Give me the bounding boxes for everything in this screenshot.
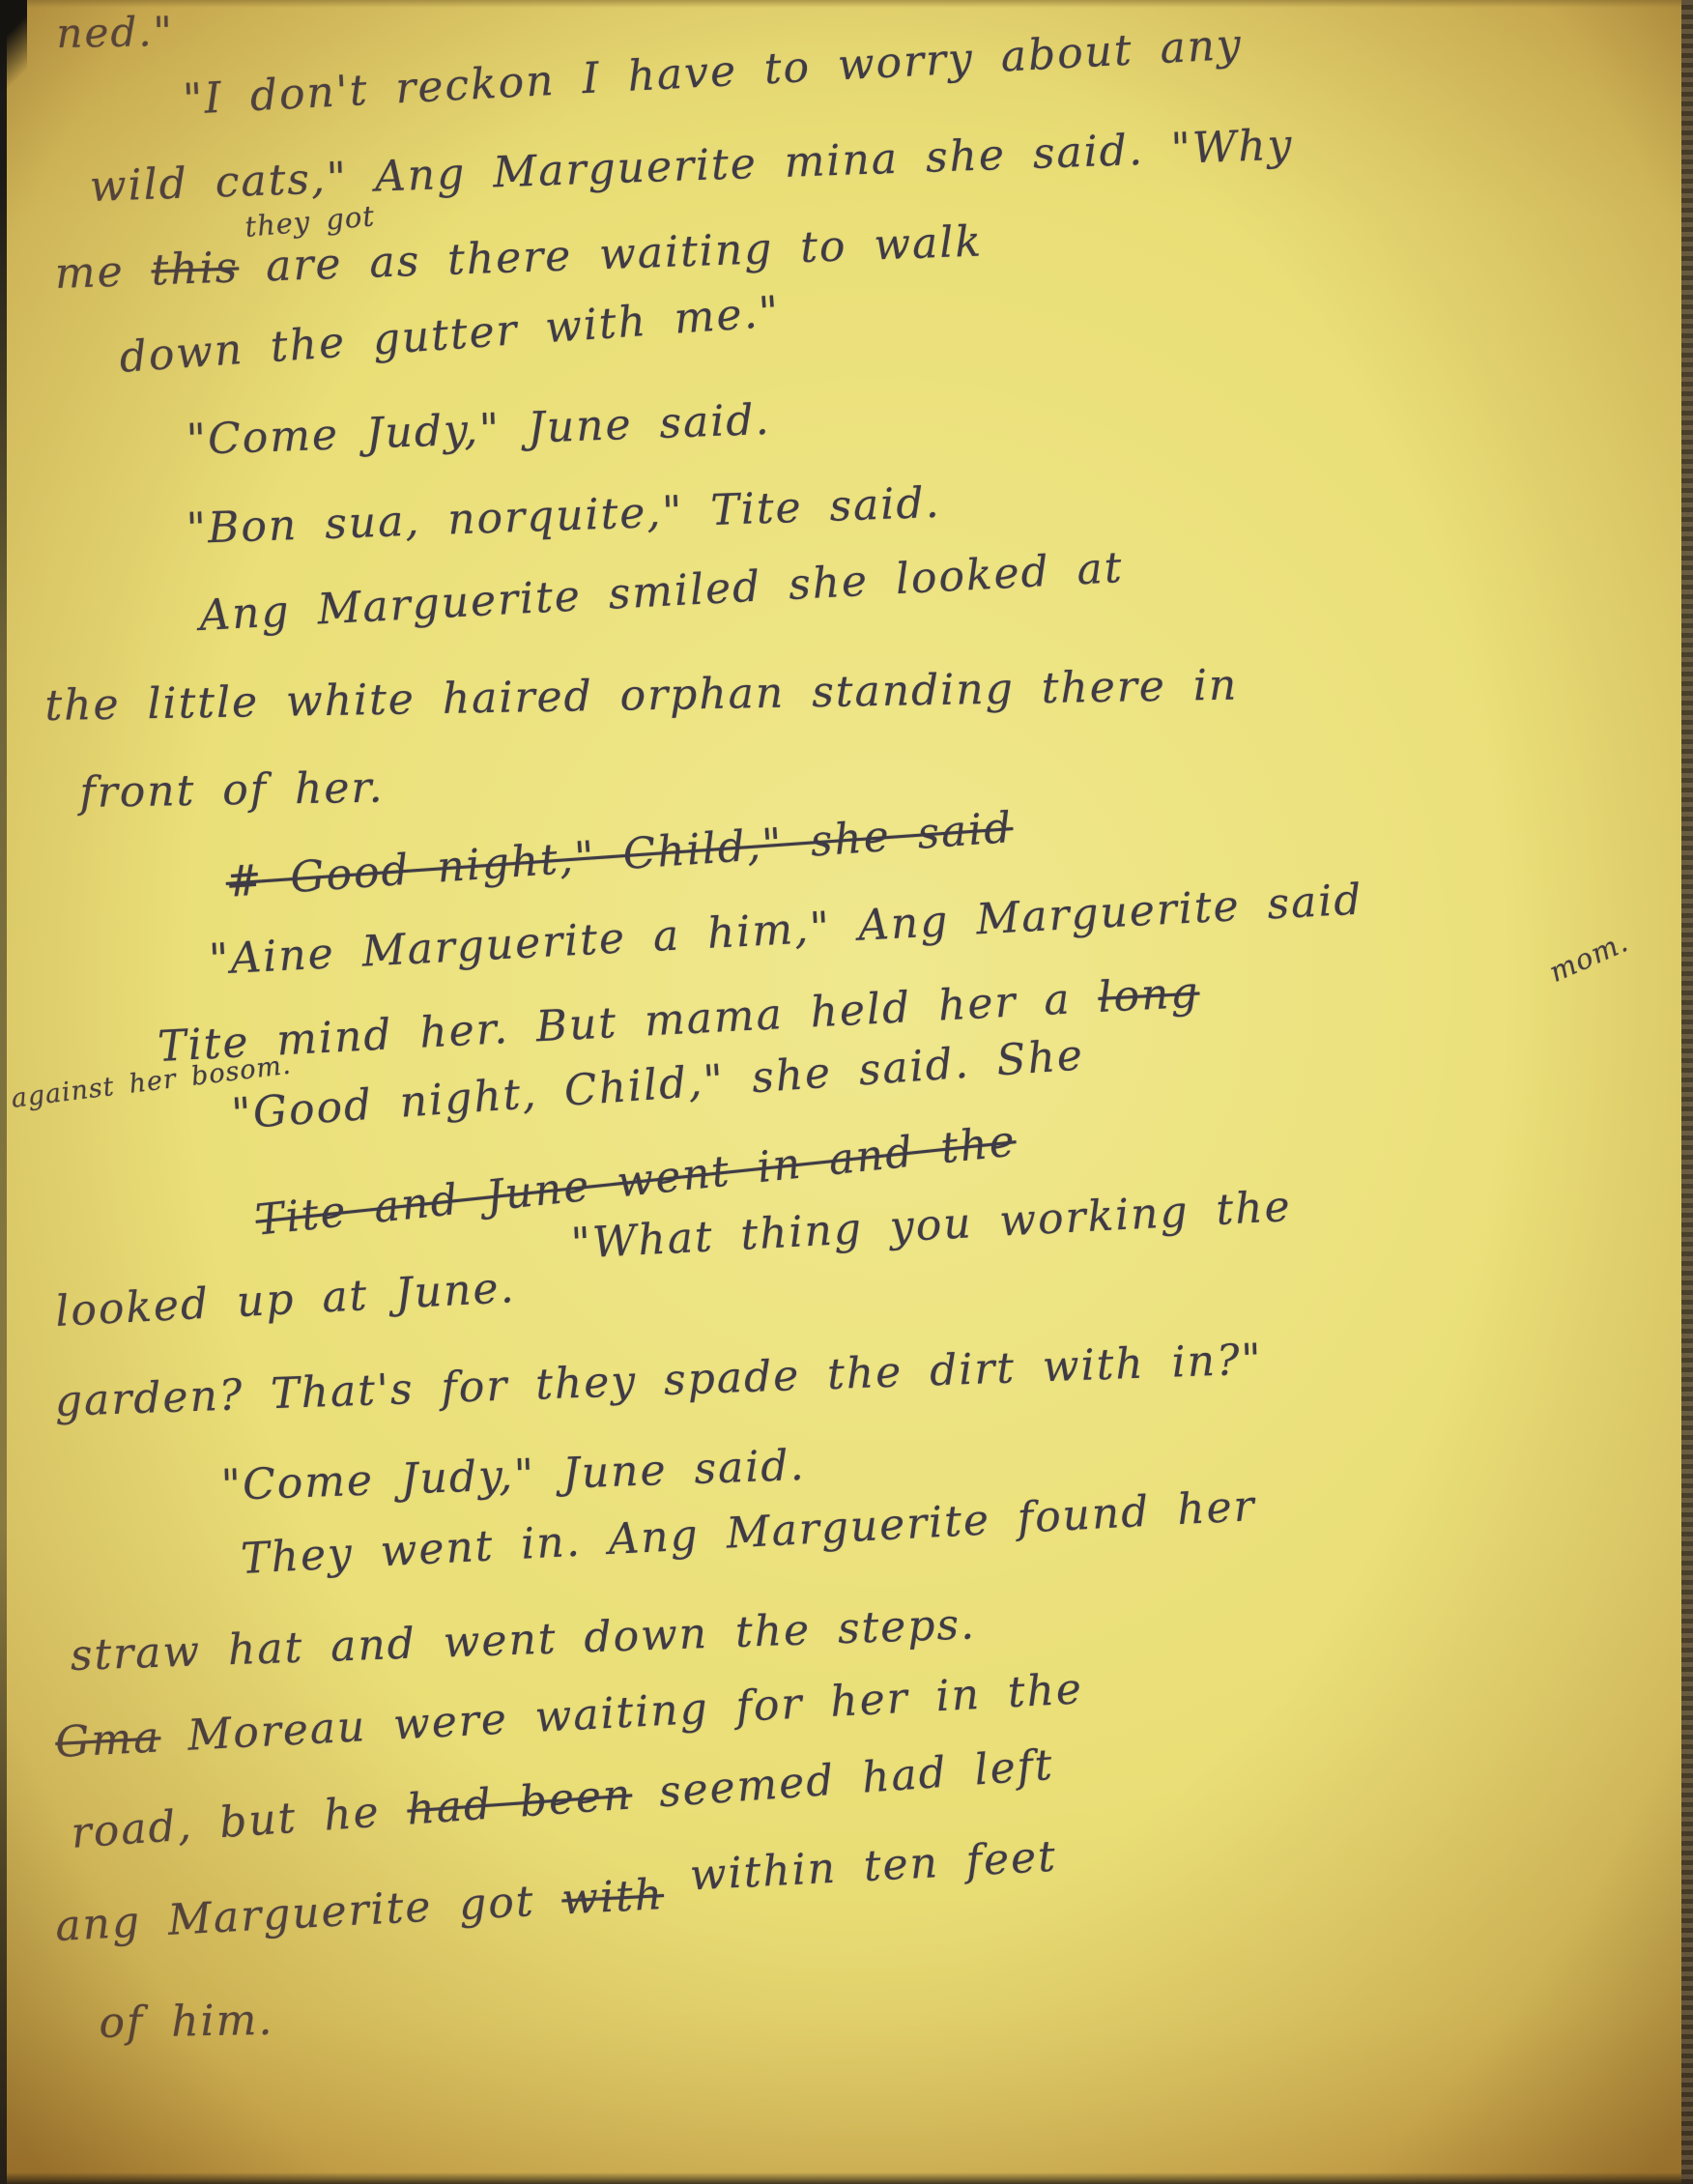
handwriting-text: front of her. bbox=[79, 763, 385, 818]
handwriting-text: seemed had left bbox=[630, 1740, 1055, 1819]
handwriting-text: "I don't reckon I have to worry about an… bbox=[182, 20, 1244, 125]
manuscript-page: ned." "I don't reckon I have to worry ab… bbox=[0, 0, 1693, 2184]
handwriting-line: of him. bbox=[99, 1996, 274, 2048]
handwriting-line: straw hat and went down the steps. bbox=[70, 1599, 977, 1681]
handwriting-text: within ten feet bbox=[662, 1832, 1058, 1902]
handwriting-line: "Come Judy," June said. bbox=[220, 1441, 806, 1510]
handwriting-text: ang Marguerite got bbox=[54, 1876, 563, 1951]
handwriting-text: me bbox=[54, 246, 152, 299]
handwriting-text: garden? That's for they spade the dirt w… bbox=[54, 1335, 1264, 1426]
struck-words: had been bbox=[406, 1769, 634, 1834]
handwriting-text: they got bbox=[244, 199, 376, 244]
handwriting-line-struck: # Good night," Child," she said bbox=[224, 803, 1015, 907]
handwriting-line: "Bon sua, norquite," Tite said. bbox=[186, 478, 941, 554]
handwriting-text: "Bon sua, norquite," Tite said. bbox=[186, 478, 941, 554]
handwriting-line: ang Marguerite got with within ten feet bbox=[54, 1850, 1059, 1951]
handwriting-line: "I don't reckon I have to worry about an… bbox=[182, 20, 1244, 125]
scan-edge-bottom bbox=[0, 2172, 1693, 2184]
struck-words: with bbox=[560, 1870, 665, 1924]
handwriting-text: "Come Judy," June said. bbox=[220, 1441, 806, 1510]
handwriting-text: straw hat and went down the steps. bbox=[70, 1599, 977, 1681]
struck-words: long bbox=[1097, 968, 1201, 1022]
scan-edge-top bbox=[0, 0, 1693, 8]
handwriting-text: "Come Judy," June said. bbox=[186, 395, 771, 465]
handwriting-text: the little white haired orphan standing … bbox=[44, 660, 1239, 731]
handwriting-line: wild cats," Ang Marguerite mina she said… bbox=[89, 121, 1294, 212]
handwriting-line: Ang Marguerite smiled she looked at bbox=[198, 543, 1125, 641]
struck-words: Gma bbox=[54, 1712, 162, 1767]
handwriting-text: wild cats," Ang Marguerite mina she said… bbox=[89, 121, 1294, 212]
handwriting-text: down the gutter with me." bbox=[118, 287, 782, 383]
struck-words: # Good night," Child," she said bbox=[224, 803, 1015, 907]
handwriting-line: the little white haired orphan standing … bbox=[44, 660, 1239, 731]
scan-edge-right bbox=[1681, 0, 1693, 2184]
handwriting-text: road, but he bbox=[70, 1786, 409, 1858]
inserted-words: they got bbox=[244, 199, 376, 244]
handwriting-line: "Come Judy," June said. bbox=[186, 395, 771, 465]
handwriting-line: front of her. bbox=[79, 763, 385, 818]
handwriting-text: ned." bbox=[56, 8, 174, 57]
handwriting-line: down the gutter with me." bbox=[118, 287, 782, 383]
handwriting-line: ned." bbox=[56, 8, 174, 57]
handwriting-line: me this are as there waiting to walk bbox=[54, 216, 984, 298]
handwriting-text: of him. bbox=[99, 1996, 274, 2048]
handwriting-text: mom. bbox=[1544, 925, 1633, 989]
scan-edge-left bbox=[0, 0, 7, 2184]
struck-words: this bbox=[151, 243, 240, 295]
superscript-insert: mom. bbox=[1544, 925, 1633, 989]
scan-corner-top-left bbox=[0, 0, 27, 111]
handwriting-text: looked up at June. bbox=[54, 1263, 517, 1336]
handwriting-line: looked up at June."What thing you workin… bbox=[54, 1222, 1295, 1336]
handwriting-text: Ang Marguerite smiled she looked at bbox=[198, 543, 1125, 641]
handwriting-line: garden? That's for they spade the dirt w… bbox=[54, 1335, 1264, 1426]
